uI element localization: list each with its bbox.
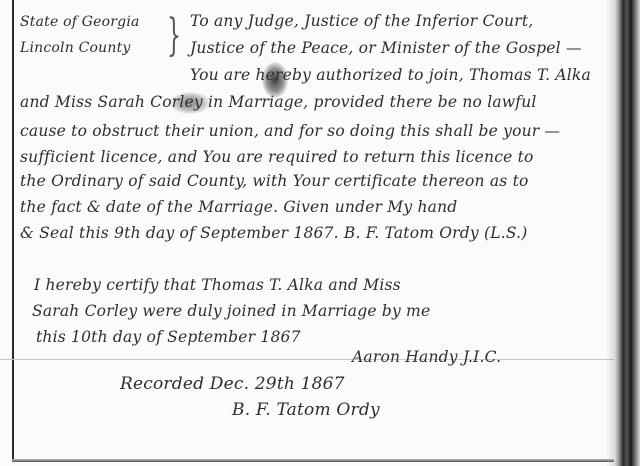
- license-line-2: Justice of the Peace, or Minister of the…: [190, 39, 582, 57]
- license-line-8: the fact & date of the Marriage. Given u…: [20, 198, 457, 216]
- certificate-line-1: I hereby certify that Thomas T. Alka and…: [34, 276, 401, 294]
- certificate-line-3: this 10th day of September 1867: [36, 328, 301, 346]
- header-state: State of Georgia: [20, 14, 140, 30]
- recorded-line: Recorded Dec. 29th 1867: [120, 374, 345, 394]
- license-line-1: To any Judge, Justice of the Inferior Co…: [190, 12, 533, 30]
- ledger-page: State of Georgia Lincoln County } To any…: [0, 0, 640, 466]
- license-line-3: You are hereby authorized to join, Thoma…: [190, 66, 591, 84]
- license-line-4: and Miss Sarah Corley in Marriage, provi…: [20, 93, 537, 111]
- binding-shadow: [606, 0, 614, 466]
- book-binding: [614, 0, 640, 466]
- header-county: Lincoln County: [20, 40, 131, 56]
- officiant-signature: Aaron Handy J.I.C.: [352, 348, 501, 366]
- license-line-9: & Seal this 9th day of September 1867. B…: [20, 224, 528, 242]
- license-line-5: cause to obstruct their union, and for s…: [20, 122, 560, 140]
- certificate-line-2: Sarah Corley were duly joined in Marriag…: [32, 302, 430, 320]
- brace-icon: }: [167, 10, 181, 61]
- license-line-7: the Ordinary of said County, with Your c…: [20, 172, 529, 190]
- license-line-6: sufficient licence, and You are required…: [20, 148, 534, 166]
- recorded-by: B. F. Tatom Ordy: [232, 400, 380, 420]
- ruled-line: [0, 359, 614, 360]
- left-margin-rule: [12, 0, 14, 460]
- page-bottom-edge: [12, 459, 614, 462]
